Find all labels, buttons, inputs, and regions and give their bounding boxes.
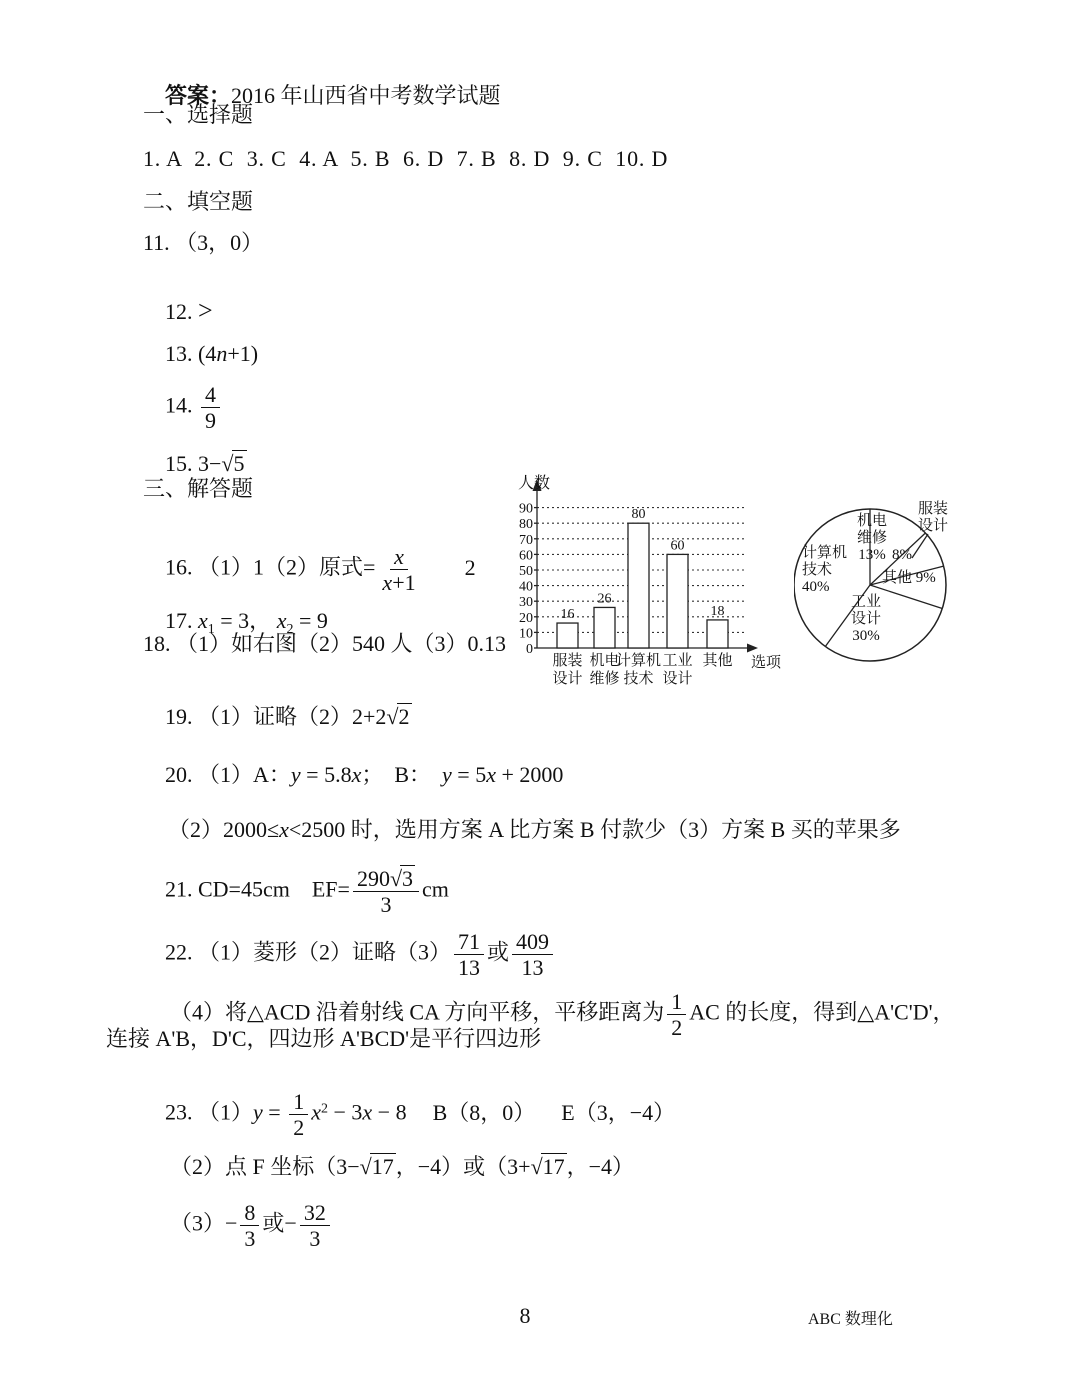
- svg-text:40: 40: [519, 580, 533, 595]
- svg-text:设计: 设计: [552, 670, 582, 687]
- q21-prefix: 21. CD=45cm EF=: [165, 877, 350, 902]
- q23-eq: =: [263, 1100, 286, 1125]
- q23-2-sqrt1: √: [360, 1154, 370, 1179]
- q23-prefix: 23. （1）: [165, 1100, 253, 1125]
- pie-label-gongye-pct: 30%: [849, 628, 883, 645]
- q23-3-f2-num: 32: [300, 1200, 330, 1226]
- q14-number: 14.: [165, 393, 198, 418]
- q20b-variable: x: [279, 817, 289, 842]
- q21-sqrt-sign: √: [390, 866, 400, 891]
- svg-text:60: 60: [519, 548, 533, 563]
- q20-eq2: = 5: [452, 762, 486, 787]
- q16-prefix: 16. （1）1（2）原式=: [165, 555, 375, 580]
- q22-4-prefix: （4）将△ACD 沿着射线 CA 方向平移，平移距离为: [170, 1000, 664, 1025]
- q17-eq2: = 9: [293, 608, 327, 633]
- pie-label-gongye-text: 工业设计: [851, 594, 881, 627]
- q17-var2: x: [277, 608, 287, 633]
- q20-y2: y: [442, 762, 452, 787]
- q16-fraction: xx+1: [378, 544, 419, 595]
- footer-brand: ABC 数理化: [808, 1306, 893, 1329]
- pie-label-qita-text: 其他: [882, 570, 912, 586]
- q20-y1: y: [291, 762, 301, 787]
- q23-mid2: − 8: [372, 1100, 406, 1125]
- q19-prefix: 19. （1）证略（2）2+2: [165, 704, 386, 729]
- svg-text:60: 60: [671, 538, 685, 553]
- q22-prefix: 22. （1）菱形（2）证略（3）: [165, 940, 451, 965]
- svg-text:工业: 工业: [662, 652, 692, 669]
- bar-chart-svg: 01020304050607080901626806018服装设计机电维修计算机…: [505, 466, 795, 694]
- svg-text:90: 90: [519, 502, 533, 517]
- q21-num-coefficient: 290: [357, 866, 390, 891]
- pie-label-jidian: 机电维修 13%: [855, 513, 889, 564]
- answer-line-choices: 1. A 2. C 3. C 4. A 5. B 6. D 7. B 8. D …: [143, 146, 668, 172]
- q16-den-variable: x: [382, 570, 392, 595]
- q23-y: y: [253, 1100, 263, 1125]
- pie-label-fuzhuang-pct: 8%: [889, 547, 915, 564]
- svg-text:选项: 选项: [751, 654, 782, 671]
- q23-exponent: 2: [321, 1102, 328, 1117]
- q20-mid: ； B：: [361, 762, 442, 787]
- q15-radicand: 5: [232, 450, 247, 476]
- pie-label-jisuanji-text: 计算机技术: [802, 545, 847, 578]
- q15-sqrt-sign: √: [221, 451, 231, 476]
- q20-prefix: 20. （1）A：: [165, 762, 291, 787]
- pie-label-jidian-text: 机电维修: [857, 513, 887, 546]
- answer-line-22-4b: 连接 A'B，D'C，四边形 A'BCD'是平行四边形: [106, 1026, 541, 1052]
- q17-eq1: = 3，: [215, 608, 277, 633]
- q22-4-den: 2: [667, 1015, 686, 1040]
- q23-3-f2-den: 3: [305, 1226, 324, 1251]
- svg-text:服装: 服装: [552, 652, 582, 669]
- q22-f1-num: 71: [454, 929, 484, 955]
- q23-2-mid: ，−4）或（3+: [396, 1154, 531, 1179]
- section-blank-heading: 二、填空题: [143, 189, 253, 215]
- q23-x2: x: [362, 1100, 372, 1125]
- pie-label-jidian-pct: 13%: [855, 547, 889, 564]
- q17-var1: x: [198, 608, 208, 633]
- svg-text:16: 16: [561, 607, 575, 622]
- q23-x: x: [311, 1100, 321, 1125]
- q20-x1: x: [352, 762, 362, 787]
- document-page: 答案：2016 年山西省中考数学试题 一、选择题 1. A 2. C 3. C …: [0, 0, 1079, 1386]
- svg-text:70: 70: [519, 533, 533, 548]
- q13-close: +1): [227, 341, 258, 366]
- svg-text:80: 80: [632, 507, 646, 522]
- q16-denominator: x+1: [378, 570, 419, 595]
- q21-radicand: 3: [400, 865, 415, 891]
- pie-label-jisuanji: 计算机技术 40%: [802, 545, 850, 596]
- q22-f2-num: 409: [512, 929, 553, 955]
- q16-den-rest: +1: [392, 570, 415, 595]
- svg-text:其他: 其他: [702, 651, 732, 669]
- q19-radicand: 2: [397, 703, 412, 729]
- q20b-prefix: （2）2000≤: [168, 817, 279, 842]
- q20-x2: x: [486, 762, 496, 787]
- q20-eq1: = 5.8: [301, 762, 352, 787]
- q23-3-prefix: （3）−: [170, 1211, 237, 1236]
- svg-text:计算机: 计算机: [616, 652, 661, 669]
- q22-4-num: 1: [667, 989, 686, 1015]
- q20b-rest: <2500 时，选用方案 A 比方案 B 付款少（3）方案 B 买的苹果多: [289, 817, 901, 842]
- q23-point-B: B（8，0）: [433, 1100, 536, 1125]
- pie-label-qita-pct: 9%: [916, 570, 936, 586]
- q14-numerator: 4: [201, 382, 220, 408]
- q23-2-sqrt2: √: [531, 1154, 541, 1179]
- pie-label-gongye: 工业设计 30%: [849, 594, 883, 645]
- pie-label-fuzhuang: 服装设计: [916, 501, 950, 535]
- page-number: 8: [500, 1303, 550, 1329]
- q23-num: 1: [289, 1089, 308, 1115]
- svg-text:人数: 人数: [518, 474, 550, 492]
- q19-sqrt-sign: √: [386, 704, 396, 729]
- q20-eq3: + 2000: [496, 762, 563, 787]
- svg-text:18: 18: [711, 604, 725, 619]
- pie-label-jisuanji-pct: 40%: [802, 579, 850, 596]
- section-solution-heading: 三、解答题: [143, 476, 253, 502]
- svg-text:26: 26: [598, 591, 612, 606]
- q23-3-fraction1: 83: [240, 1200, 259, 1251]
- section-choice-heading: 一、选择题: [143, 102, 253, 128]
- title-exam-name: 2016 年山西省中考数学试题: [231, 83, 501, 108]
- answer-line-23-3: （3）−83或−323: [148, 1174, 333, 1277]
- q16-numerator: x: [390, 544, 408, 570]
- q15-number: 15.: [165, 451, 198, 476]
- svg-text:20: 20: [519, 611, 533, 626]
- pie-label-qita: 其他 9%: [882, 570, 952, 587]
- q23-3-f1-num: 8: [240, 1200, 259, 1226]
- svg-text:技术: 技术: [623, 670, 653, 687]
- svg-text:维修: 维修: [589, 670, 619, 687]
- q23-point-E: E（3，−4）: [561, 1100, 675, 1125]
- svg-text:80: 80: [519, 517, 533, 532]
- answer-line-11: 11. （3，0）: [143, 230, 263, 256]
- q23-mid1: − 3: [328, 1100, 362, 1125]
- q21-numerator: 290√3: [353, 866, 419, 892]
- q22-4-fraction: 12: [667, 989, 686, 1040]
- q22-or: 或: [487, 940, 509, 965]
- q22-4-rest: AC 的长度，得到△A'C'D'，: [689, 1000, 954, 1025]
- q23-3-fraction2: 323: [300, 1200, 330, 1251]
- svg-text:50: 50: [519, 564, 533, 579]
- answer-line-18: 18. （1）如右图（2）540 人（3）0.13: [143, 631, 506, 657]
- svg-text:30: 30: [519, 595, 533, 610]
- q23-3-f1-den: 3: [240, 1226, 259, 1251]
- svg-text:10: 10: [519, 626, 533, 641]
- q17-number: 17.: [165, 608, 198, 633]
- q23-2-rest: ，−4）: [567, 1154, 634, 1179]
- q15-expression: 3−: [198, 451, 221, 476]
- q23-2-radicand1: 17: [370, 1153, 396, 1179]
- svg-text:设计: 设计: [662, 670, 692, 687]
- q16-second-answer: 2: [465, 555, 476, 580]
- svg-text:0: 0: [526, 642, 533, 657]
- q21-unit: cm: [422, 877, 449, 902]
- q23-3-or: 或−: [262, 1211, 296, 1236]
- q23-2-radicand2: 17: [541, 1153, 567, 1179]
